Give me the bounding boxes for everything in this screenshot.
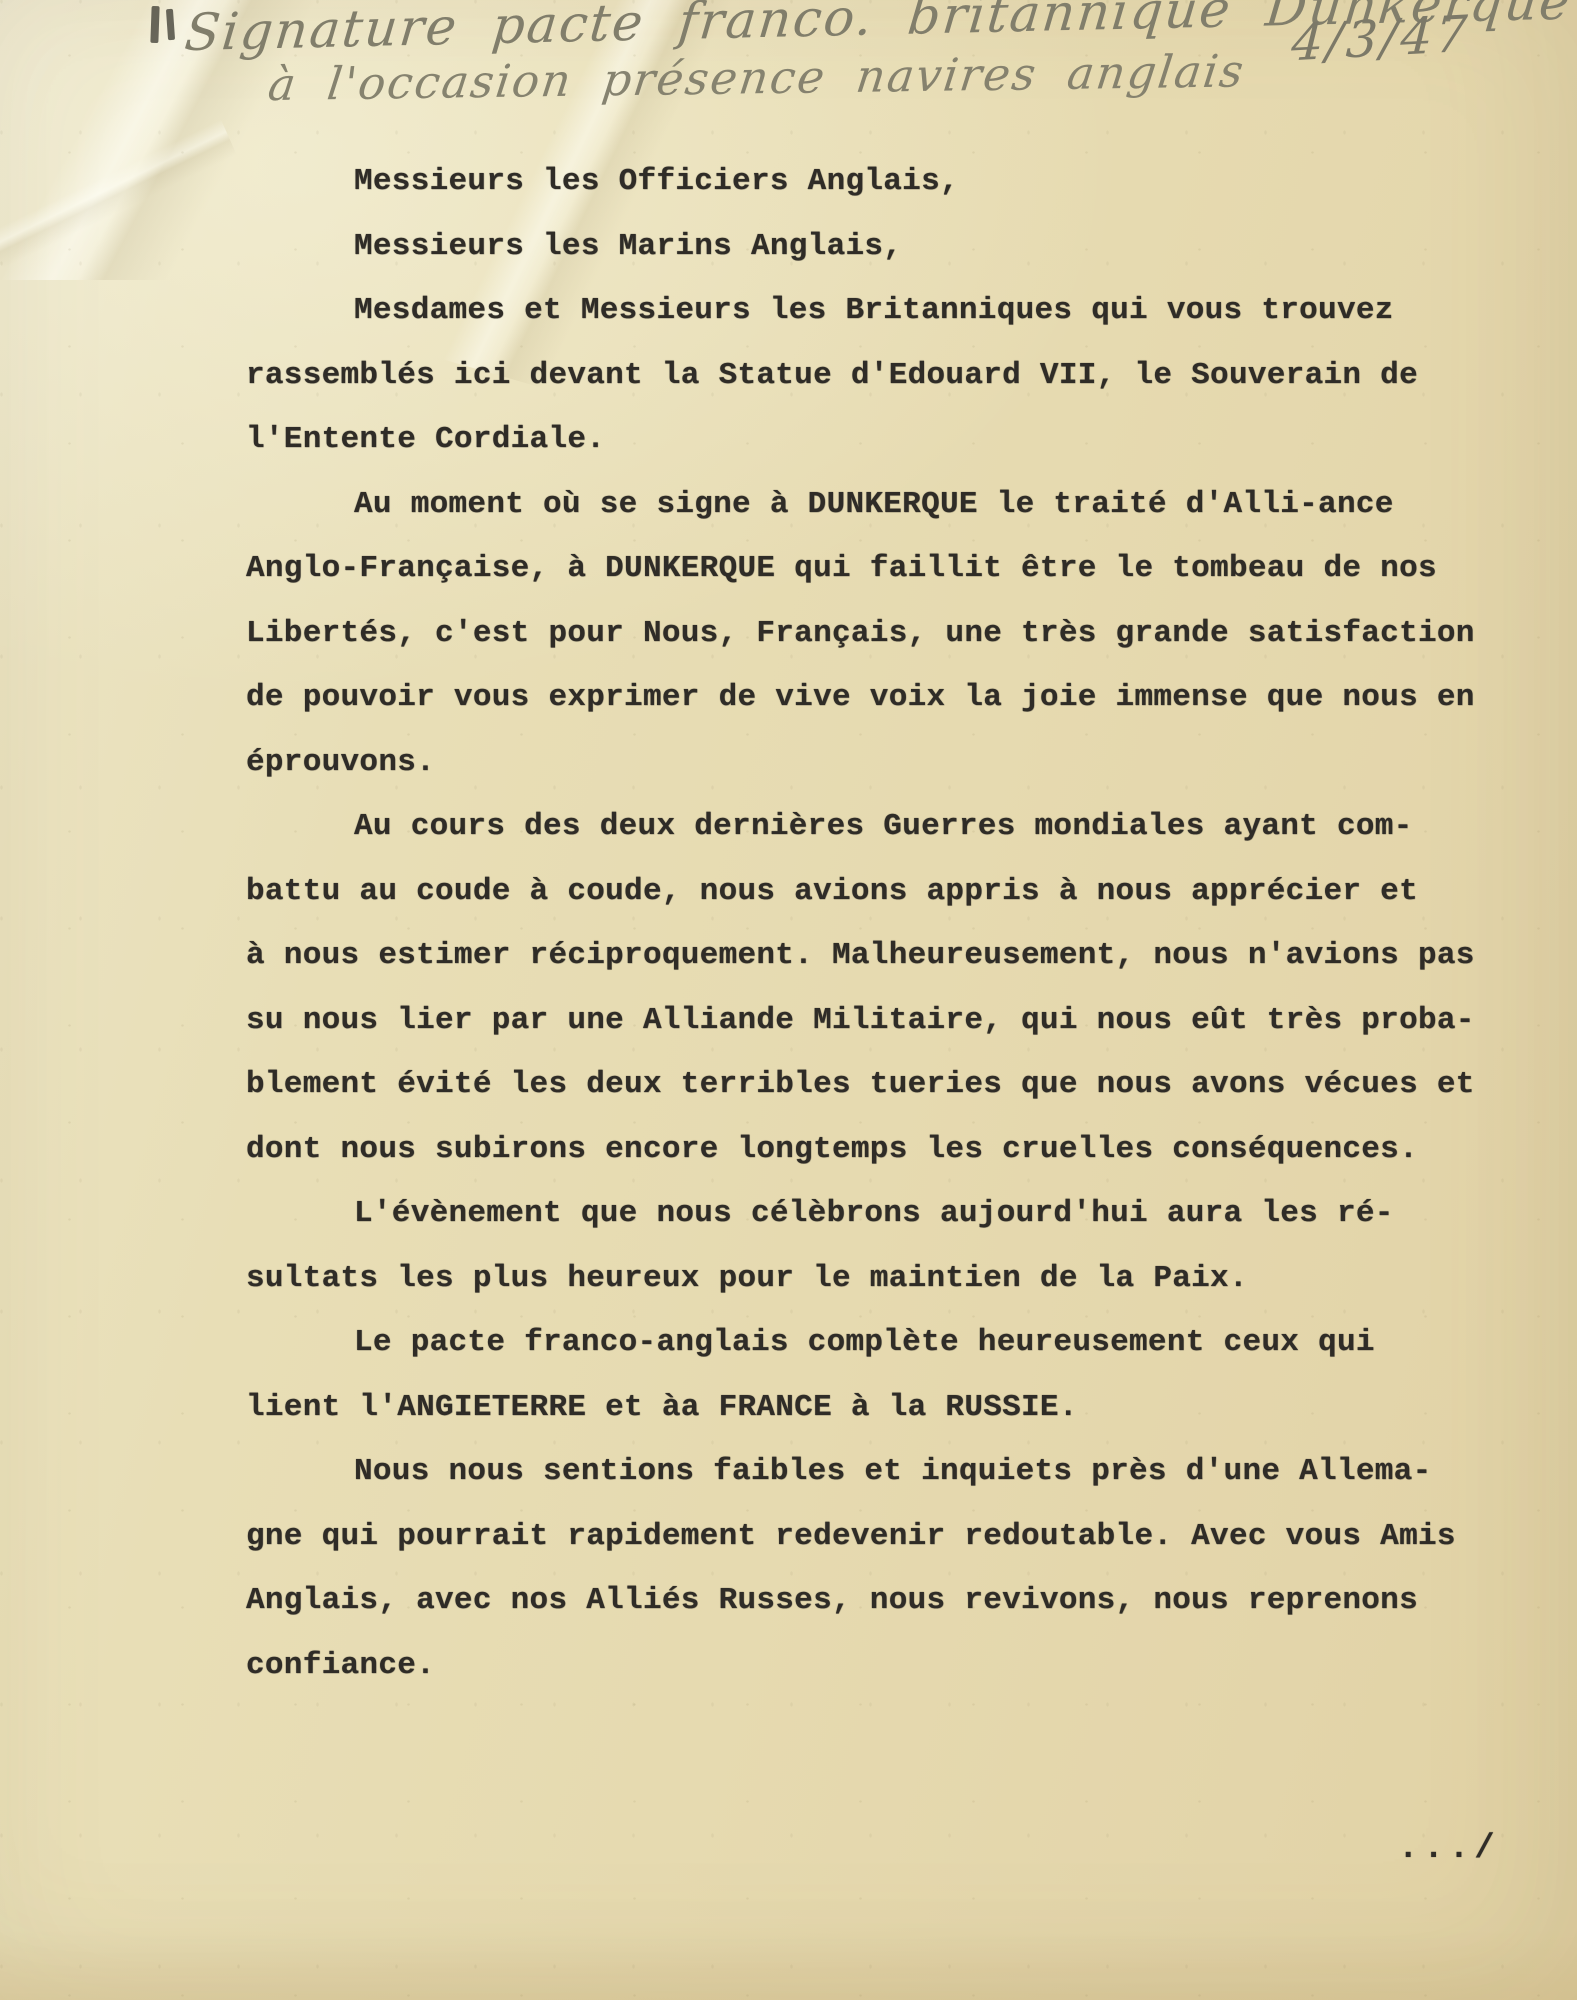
typed-line: Nous nous sentions faibles et inquiets p…	[354, 1454, 1431, 1489]
typed-line: L'évènement que nous célèbrons aujourd'h…	[354, 1196, 1394, 1231]
typed-line: su nous lier par une Alliande Militaire,…	[246, 1003, 1475, 1038]
page-continuation-mark: .../	[1398, 1830, 1500, 1868]
typed-line: de pouvoir vous exprimer de vive voix la…	[246, 680, 1475, 715]
typed-line: Anglais, avec nos Alliés Russes, nous re…	[246, 1583, 1418, 1618]
typed-line: Anglo-Française, à DUNKERQUE qui faillit…	[246, 551, 1437, 586]
typed-line: lient l'ANGIETERRE et àa FRANCE à la RUS…	[246, 1390, 1078, 1425]
typed-line: sultats les plus heureux pour le maintie…	[246, 1261, 1248, 1296]
typed-line: rassemblés ici devant la Statue d'Edouar…	[246, 358, 1418, 393]
typed-line: confiance.	[246, 1648, 435, 1683]
typed-line: blement évité les deux terribles tueries…	[246, 1067, 1475, 1102]
typed-line: éprouvons.	[246, 745, 435, 780]
typed-line: gne qui pourrait rapidement redevenir re…	[246, 1519, 1456, 1554]
typed-line: Messieurs les Marins Anglais,	[354, 229, 902, 264]
typed-line: l'Entente Cordiale.	[246, 422, 605, 457]
typed-line: à nous estimer réciproquement. Malheureu…	[246, 938, 1475, 973]
typed-line: Libertés, c'est pour Nous, Français, une…	[246, 616, 1475, 651]
typed-line: Messieurs les Officiers Anglais,	[354, 164, 959, 199]
typed-line: Au cours des deux dernières Guerres mond…	[354, 809, 1413, 844]
typed-line: Au moment où se signe à DUNKERQUE le tra…	[354, 487, 1394, 522]
document-page: Signature pacte franco. britannique Dunk…	[0, 0, 1577, 2000]
typed-text-body: Messieurs les Officiers Anglais,Messieur…	[0, 0, 1577, 2000]
typed-line: Le pacte franco-anglais complète heureus…	[354, 1325, 1375, 1360]
typed-line: dont nous subirons encore longtemps les …	[246, 1132, 1418, 1167]
typed-line: Mesdames et Messieurs les Britanniques q…	[354, 293, 1394, 328]
typed-line: battu au coude à coude, nous avions appr…	[246, 874, 1418, 909]
